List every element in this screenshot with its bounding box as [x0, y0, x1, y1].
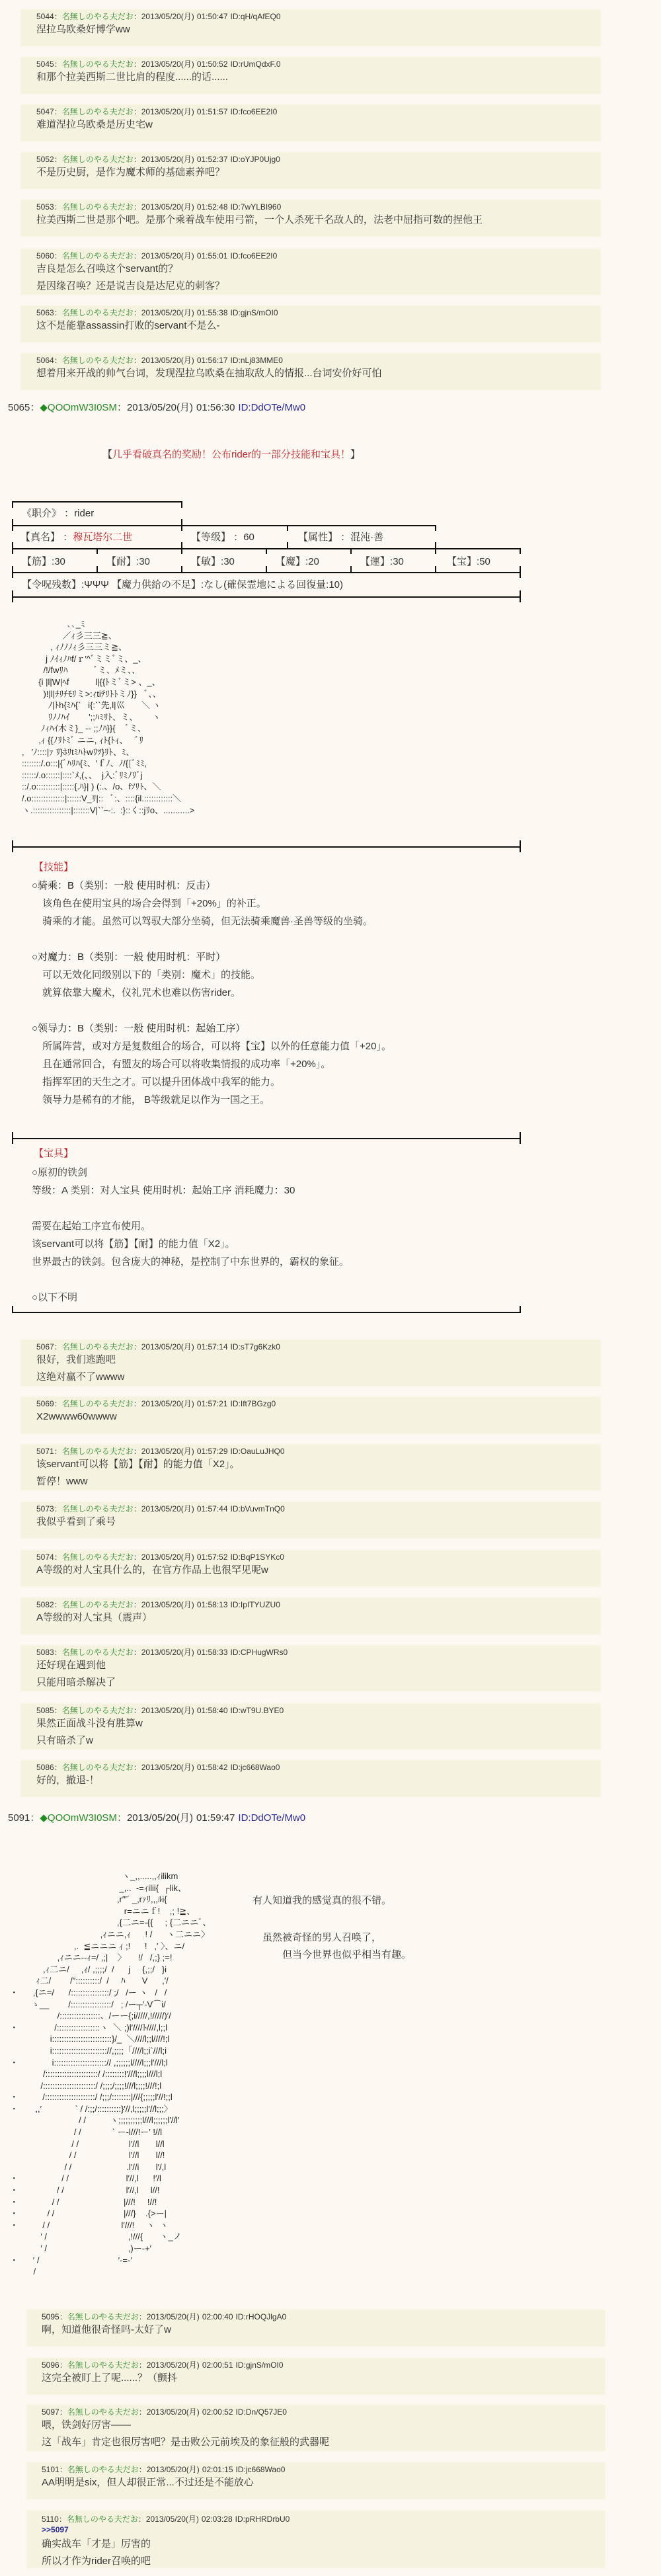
post-date: 2013/05/20(月): [141, 1504, 194, 1513]
post-date: 2013/05/20(月): [146, 2515, 199, 2524]
post-time: 01:56:17: [197, 356, 228, 365]
table-tick: [181, 501, 182, 508]
post-number[interactable]: 5073: [36, 1504, 54, 1513]
post-number[interactable]: 5091: [8, 1812, 30, 1824]
separator: ：: [61, 508, 74, 519]
post-number[interactable]: 5101: [42, 2465, 59, 2474]
poster-name: 名無しのやる夫だお: [62, 1763, 134, 1772]
noble-phantasm-line: 该servant可以将【筋】【耐】的能力值「X2」。: [32, 1235, 349, 1253]
post-line: 很好，我们逃跑吧: [36, 1351, 600, 1369]
separator: ：: [338, 532, 350, 543]
poster-name: 名無しのやる夫だお: [62, 202, 134, 212]
separator: ：: [54, 1706, 62, 1715]
poster-id: ID:DdOTe/Mw0: [238, 1812, 305, 1824]
post-header: 5064：名無しのやる夫だお：2013/05/20(月)01:56:17ID:n…: [36, 356, 600, 365]
rule-tick: [520, 1132, 521, 1144]
separator: ：: [60, 532, 73, 543]
post-time: 01:57:52: [197, 1552, 228, 1562]
status-level: 【等级】 ：60: [191, 531, 254, 544]
separator: ：: [54, 155, 62, 164]
post-header: 5095：名無しのやる夫だお：2013/05/20(月)02:00:40ID:r…: [42, 2312, 605, 2321]
table-tick: [520, 590, 521, 602]
post-number[interactable]: 5044: [36, 12, 54, 21]
poster-name: 名無しのやる夫だお: [62, 107, 134, 116]
rule-tick: [520, 1306, 521, 1313]
separator: ：: [134, 1763, 141, 1772]
table-tick: [287, 525, 288, 531]
true-name-value: 穆瓦塔尔二世: [73, 532, 132, 543]
post-line: 想着用来开战的帅气台词，发现涅拉乌欧桑在抽取敌人的情报...台词安价好可怕: [36, 365, 600, 382]
post-number[interactable]: 5053: [36, 202, 54, 212]
author-trip: ◆QOOmW3I0SM: [40, 402, 117, 413]
post-line: 好的，撤退-！: [36, 1772, 600, 1789]
post: 5074：名無しのやる夫だお：2013/05/20(月)01:57:52ID:B…: [21, 1550, 600, 1586]
poster-id: ID:nLj83MME0: [231, 356, 283, 365]
poster-name: 名無しのやる夫だお: [62, 251, 134, 261]
post: 5069：名無しのやる夫だお：2013/05/20(月)01:57:21ID:I…: [21, 1397, 600, 1433]
post-line: 难道涅拉乌欧桑是历史宅w: [36, 116, 600, 134]
post-line: 我似乎看到了乘号: [36, 1513, 600, 1531]
separator: ：: [134, 356, 141, 365]
separator: ：: [54, 60, 62, 69]
mana-shortage-label: 【魔力供給の不足】: [112, 579, 201, 590]
table-tick: [520, 566, 521, 578]
separator: ：: [54, 251, 62, 261]
post-header: 5053：名無しのやる夫だお：2013/05/20(月)01:52:48ID:7…: [36, 202, 600, 212]
poster-id: ID:7wYLBI960: [231, 202, 282, 212]
separator: ：: [134, 308, 141, 317]
command-spells-value: ΨΨΨ: [84, 579, 109, 590]
rule-tick: [12, 1306, 13, 1313]
skills-heading: 【技能】: [34, 861, 73, 874]
post-time: 01:56:30: [196, 402, 235, 413]
post-time: 02:00:51: [202, 2360, 233, 2370]
ascii-art-rider-chariot: ヽ_,,.....,,ｨilikm _,.. -=ｨilii{ ┌lik、 ,r…: [12, 1871, 212, 2278]
post-date: 2013/05/20(月): [141, 12, 194, 21]
skill-description: 该角色在使用宝具的场合会得到「+20%」的补正。: [32, 895, 391, 912]
separator: ：: [59, 2515, 67, 2524]
stat-value: 30: [54, 556, 65, 567]
stat-mana: 【魔】:20: [276, 555, 319, 569]
stat-strength: 【筋】:30: [22, 555, 65, 569]
noble-phantasm-block: ○原初的铁剑 等级：A 类别：对人宝具 使用时机：起始工序 消耗魔力：30 需要…: [32, 1164, 349, 1307]
separator: ：: [59, 2312, 67, 2321]
stat-luck: 【運】:30: [360, 555, 404, 569]
status-alignment: 【属性】 ：混沌·善: [298, 531, 383, 544]
separator: ：: [54, 356, 62, 365]
separator: ：: [54, 1648, 62, 1657]
stat-label: 【耐】: [106, 556, 136, 567]
poster-id: ID:oYJP0Ujg0: [231, 155, 280, 164]
separator: ：: [134, 107, 141, 116]
table-tick: [350, 566, 352, 572]
table-tick: [181, 519, 182, 531]
separator: ：: [134, 202, 141, 212]
post-number[interactable]: 5096: [42, 2360, 59, 2370]
post-number[interactable]: 5047: [36, 107, 54, 116]
poster-id: ID:wT9U.BYE0: [231, 1706, 284, 1715]
post-date: 2013/05/20(月): [141, 202, 194, 212]
skill-description: 就算依靠大魔术，仪礼咒术也难以伤害rider。: [32, 984, 391, 1002]
post-line: 这「战车」肯定也很厉害吧？是击败公元前埃及的象征般的武器呢: [42, 2434, 605, 2451]
post-line: 这不是能靠assassin打败的servant不是么-: [36, 317, 600, 335]
stat-value: 30: [223, 556, 235, 567]
post-date: 2013/05/20(月): [141, 251, 194, 261]
post-number[interactable]: 5065: [8, 402, 30, 413]
post-line: 只有暗杀了w: [36, 1732, 600, 1750]
op-post-header: 5065：◆QOOmW3I0SM：2013/05/20(月)01:56:30ID…: [8, 402, 305, 414]
post-date: 2013/05/20(月): [141, 1342, 194, 1351]
stat-value: 30: [393, 556, 404, 567]
post-header: 5052：名無しのやる夫だお：2013/05/20(月)01:52:37ID:o…: [36, 155, 600, 164]
monologue-line: 但当今世界也似乎相当有趣。: [282, 1949, 411, 1962]
bracket-open: 【: [102, 449, 112, 460]
post-number[interactable]: 5045: [36, 60, 54, 69]
spacer: [32, 1002, 391, 1020]
post-line: 只能用暗杀解决了: [36, 1674, 600, 1691]
class-value: rider: [74, 508, 94, 519]
post-line: 涅拉乌欧桑好博学ww: [36, 21, 600, 38]
op-post-header: 5091：◆QOOmW3I0SM：2013/05/20(月)01:59:47ID…: [8, 1812, 305, 1824]
bracket-close: 】: [350, 449, 360, 460]
poster-name: 名無しのやる夫だお: [62, 1447, 134, 1456]
separator: ：: [139, 2465, 147, 2474]
post-number[interactable]: 5086: [36, 1763, 54, 1772]
level-value: 60: [243, 532, 254, 543]
separator: ：: [134, 1504, 141, 1513]
post-number[interactable]: 5069: [36, 1399, 54, 1408]
post-time: 01:59:47: [196, 1812, 235, 1824]
post-header: 5085：名無しのやる夫だお：2013/05/20(月)01:58:40ID:w…: [36, 1706, 600, 1715]
skill-title: ○骑乘：B（类别：一般 使用时机：反击）: [32, 877, 391, 895]
table-tick: [12, 542, 13, 554]
post: 5083：名無しのやる夫だお：2013/05/20(月)01:58:33ID:C…: [21, 1646, 600, 1691]
table-rule: [12, 501, 182, 503]
skill-description: 且在通常回合，有盟友的场合可以将收集情报的成功率「+20%」。: [32, 1055, 391, 1073]
spacer: [32, 1199, 349, 1217]
poster-name: 名無しのやる夫だお: [67, 2515, 138, 2524]
post-header: 5096：名無しのやる夫だお：2013/05/20(月)02:00:51ID:g…: [42, 2360, 605, 2370]
separator: ：: [54, 107, 62, 116]
stat-label: 【魔】: [276, 556, 305, 567]
section-rule: [12, 1138, 521, 1139]
post-line: 暂停！www: [36, 1473, 600, 1490]
post-number[interactable]: 5097: [42, 2407, 59, 2417]
post-header: 5101：名無しのやる夫だお：2013/05/20(月)02:01:15ID:j…: [42, 2465, 605, 2474]
poster-name: 名無しのやる夫だお: [62, 308, 134, 317]
post: 5067：名無しのやる夫だお：2013/05/20(月)01:57:14ID:s…: [21, 1340, 600, 1386]
separator: ：: [139, 2312, 147, 2321]
stat-noble-phantasm: 【宝】:50: [447, 555, 490, 569]
poster-id: ID:CPHugWRs0: [231, 1648, 288, 1657]
post: 5096：名無しのやる夫だお：2013/05/20(月)02:00:51ID:g…: [27, 2358, 605, 2394]
poster-id: ID:Ift7BGzg0: [231, 1399, 276, 1408]
table-tick: [97, 548, 98, 554]
separator: ：: [134, 1706, 141, 1715]
rule-tick: [12, 840, 13, 852]
table-tick: [12, 590, 13, 602]
post-header: 5097：名無しのやる夫だお：2013/05/20(月)02:00:52ID:D…: [42, 2407, 605, 2417]
post-line: 和那个拉美西斯二世比肩的程度......的话......: [36, 69, 600, 86]
post: 5082：名無しのやる夫だお：2013/05/20(月)01:58:13ID:I…: [21, 1598, 600, 1634]
post-number[interactable]: 5060: [36, 251, 54, 261]
post-time: 01:55:01: [197, 251, 228, 261]
post-time: 02:01:15: [202, 2465, 233, 2474]
post-line: 确实战车「才是」厉害的: [42, 2536, 605, 2553]
post-time: 01:57:21: [197, 1399, 228, 1408]
noble-phantasm-heading: 【宝具】: [34, 1147, 73, 1160]
post-date: 2013/05/20(月): [141, 308, 194, 317]
post-time: 02:03:28: [202, 2515, 233, 2524]
separator: ：: [30, 1812, 40, 1824]
post-time: 01:55:38: [197, 308, 228, 317]
post-date: 2013/05/20(月): [141, 1706, 194, 1715]
post-date: 2013/05/20(月): [141, 1763, 194, 1772]
post-header: 5045：名無しのやる夫だお：2013/05/20(月)01:50:52ID:r…: [36, 60, 600, 69]
poster-id: ID:jc668Wao0: [236, 2465, 286, 2474]
post-header: 5047：名無しのやる夫だお：2013/05/20(月)01:51:57ID:f…: [36, 107, 600, 116]
poster-id: ID:pRHRDrbU0: [235, 2515, 290, 2524]
author-trip: ◆QOOmW3I0SM: [40, 1812, 117, 1824]
separator: ：: [59, 2465, 67, 2474]
post-date: 2013/05/20(月): [127, 1812, 193, 1824]
separator: ：: [54, 202, 62, 212]
post-line: AA明明是six，但人却很正常...不过还是不能放心: [42, 2474, 605, 2491]
post: 5101：名無しのやる夫だお：2013/05/20(月)02:01:15ID:j…: [27, 2463, 605, 2499]
post-date: 2013/05/20(月): [141, 1552, 194, 1562]
post: 5071：名無しのやる夫だお：2013/05/20(月)01:57:29ID:O…: [21, 1445, 600, 1490]
post-line: A等级的对人宝具什么的，在官方作品上也很罕见呢w: [36, 1562, 600, 1579]
table-tick: [435, 542, 436, 554]
post-time: 01:57:29: [197, 1447, 228, 1456]
table-tick: [12, 501, 13, 508]
post-header: 5067：名無しのやる夫だお：2013/05/20(月)01:57:14ID:s…: [36, 1342, 600, 1351]
post-number[interactable]: 5074: [36, 1552, 54, 1562]
poster-id: ID:gjnS/mOI0: [236, 2360, 284, 2370]
poster-id: ID:gjnS/mOI0: [231, 308, 278, 317]
post-date: 2013/05/20(月): [147, 2360, 200, 2370]
table-tick: [266, 566, 267, 572]
post: 5085：名無しのやる夫だお：2013/05/20(月)01:58:40ID:w…: [21, 1704, 600, 1749]
post-number[interactable]: 5064: [36, 356, 54, 365]
post-time: 01:50:52: [197, 60, 228, 69]
stat-value: 30: [139, 556, 150, 567]
post-number[interactable]: 5067: [36, 1342, 54, 1351]
poster-id: ID:OauLuJHQ0: [231, 1447, 285, 1456]
table-tick: [12, 566, 13, 578]
post-date: 2013/05/20(月): [147, 2465, 200, 2474]
reply-anchor-link[interactable]: >>5097: [42, 2524, 605, 2536]
skill-title: ○对魔力：B（类别：一般 使用时机：平时）: [32, 948, 391, 966]
post-number[interactable]: 5110: [42, 2515, 59, 2524]
post-line: 吉良是怎么召唤这个servant的？: [36, 261, 600, 278]
poster-id: ID:rUmQdxF.0: [231, 60, 281, 69]
mana-shortage-value: なし(確保霊地による回復量:10): [204, 579, 343, 590]
post: 5052：名無しのやる夫だお：2013/05/20(月)01:52:37ID:o…: [21, 153, 600, 188]
separator: ：: [134, 12, 141, 21]
poster-id: ID:DdOTe/Mw0: [238, 402, 305, 413]
separator: ：: [139, 2360, 147, 2370]
post: 5060：名無しのやる夫だお：2013/05/20(月)01:55:01ID:f…: [21, 249, 600, 294]
class-label: 《职介》: [22, 508, 61, 519]
alignment-label: 【属性】: [298, 532, 338, 543]
post-date: 2013/05/20(月): [127, 402, 193, 413]
stat-label: 【運】: [360, 556, 390, 567]
post-number[interactable]: 5085: [36, 1706, 54, 1715]
post-date: 2013/05/20(月): [141, 1600, 194, 1609]
poster-id: ID:IpITYUZU0: [231, 1600, 280, 1609]
poster-id: ID:sT7g6Kzk0: [231, 1342, 280, 1351]
level-label: 【等级】: [191, 532, 231, 543]
monologue-line: 有人知道我的感觉真的很不错。: [253, 1894, 391, 1908]
post: 5110：名無しのやる夫だお：2013/05/20(月)02:03:28ID:p…: [27, 2511, 605, 2567]
post-date: 2013/05/20(月): [141, 60, 194, 69]
post-line: 所以才作为rider召唤的吧: [42, 2553, 605, 2570]
post-time: 02:00:40: [202, 2312, 233, 2321]
post-line: 该servant可以将【筋】【耐】的能力值「X2」。: [36, 1456, 600, 1473]
command-spells-label: 【令呪残数】: [22, 579, 81, 590]
thread-page: 5044：名無しのやる夫だお：2013/05/20(月)01:50:47ID:q…: [0, 0, 661, 2576]
noble-phantasm-line: 需要在起始工序宣布使用。: [32, 1217, 349, 1235]
post-date: 2013/05/20(月): [141, 107, 194, 116]
separator: ：: [30, 402, 40, 413]
poster-id: ID:qH/qAfEQ0: [231, 12, 281, 21]
skill-description: 指挥军团的天生之才。可以提升团体战中我军的能力。: [32, 1073, 391, 1091]
post-time: 01:57:14: [197, 1342, 228, 1351]
table-tick: [12, 519, 13, 531]
table-tick: [287, 542, 288, 548]
post: 5095：名無しのやる夫だお：2013/05/20(月)02:00:40ID:r…: [27, 2310, 605, 2346]
post-time: 01:51:57: [197, 107, 228, 116]
monologue-line: 虽然被奇怪的男人召唤了，: [262, 1931, 381, 1945]
poster-id: ID:bVuvmTnQ0: [231, 1504, 285, 1513]
post: 5053：名無しのやる夫だお：2013/05/20(月)01:52:48ID:7…: [21, 200, 600, 236]
post-time: 01:58:13: [197, 1600, 228, 1609]
poster-id: ID:BqP1SYKc0: [231, 1552, 284, 1562]
separator: ：: [134, 1600, 141, 1609]
post-line: X2wwww60wwww: [36, 1408, 600, 1426]
poster-name: 名無しのやる夫だお: [67, 2465, 139, 2474]
post-line: 果然正面战斗没有胜算w: [36, 1715, 600, 1732]
post-header: 5083：名無しのやる夫だお：2013/05/20(月)01:58:33ID:C…: [36, 1648, 600, 1657]
stat-label: 【敏】: [191, 556, 221, 567]
post-header: 5086：名無しのやる夫だお：2013/05/20(月)01:58:42ID:j…: [36, 1763, 600, 1772]
post: 5047：名無しのやる夫だお：2013/05/20(月)01:51:57ID:f…: [21, 105, 600, 141]
post-number[interactable]: 5052: [36, 155, 54, 164]
post-number[interactable]: 5082: [36, 1600, 54, 1609]
post-header: 5069：名無しのやる夫だお：2013/05/20(月)01:57:21ID:I…: [36, 1399, 600, 1408]
status-resources: 【令呪残数】:ΨΨΨ 【魔力供給の不足】:なし(確保霊地による回復量:10): [22, 579, 343, 592]
poster-name: 名無しのやる夫だお: [62, 1399, 134, 1408]
separator: ：: [134, 155, 141, 164]
post: 5044：名無しのやる夫だお：2013/05/20(月)01:50:47ID:q…: [21, 10, 600, 46]
alignment-value: 混沌·善: [350, 532, 383, 543]
rule-tick: [520, 840, 521, 852]
separator: ：: [134, 60, 141, 69]
separator: ：: [59, 2407, 67, 2417]
separator: ：: [54, 1399, 62, 1408]
separator: ：: [54, 1552, 62, 1562]
poster-name: 名無しのやる夫だお: [67, 2407, 139, 2417]
skill-description: 所属阵营，或对方是复数组合的场合，可以将【宝】以外的任意能力值「+20」。: [32, 1037, 391, 1055]
post-time: 01:58:33: [197, 1648, 228, 1657]
post-header: 5071：名無しのやる夫だお：2013/05/20(月)01:57:29ID:O…: [36, 1447, 600, 1456]
poster-name: 名無しのやる夫だお: [62, 1552, 134, 1562]
post-header: 5110：名無しのやる夫だお：2013/05/20(月)02:03:28ID:p…: [42, 2515, 605, 2524]
post-number[interactable]: 5063: [36, 308, 54, 317]
poster-id: ID:rHOQJlgA0: [236, 2312, 287, 2321]
table-tick: [181, 542, 182, 554]
post-header: 5082：名無しのやる夫だお：2013/05/20(月)01:58:13ID:I…: [36, 1600, 600, 1609]
separator: ：: [54, 12, 62, 21]
post-line: 这完全被盯上了呢......？（颤抖: [42, 2370, 605, 2387]
table-tick: [435, 525, 436, 531]
table-tick: [181, 566, 182, 572]
post: 5063：名無しのやる夫だお：2013/05/20(月)01:55:38ID:g…: [21, 306, 600, 342]
poster-name: 名無しのやる夫だお: [62, 155, 134, 164]
reward-title-text: 几乎看破真名的奖励！公布rider的一部分技能和宝具！: [112, 449, 350, 460]
post: 5097：名無しのやる夫だお：2013/05/20(月)02:00:52ID:D…: [27, 2405, 605, 2450]
stat-label: 【筋】: [22, 556, 52, 567]
rule-tick: [12, 1132, 13, 1144]
separator: ：: [117, 402, 127, 413]
table-tick: [97, 566, 98, 572]
separator: ：: [134, 1648, 141, 1657]
separator: ：: [54, 1763, 62, 1772]
poster-id: ID:fco6EE2I0: [231, 251, 278, 261]
post-number[interactable]: 5095: [42, 2312, 59, 2321]
post-header: 5044：名無しのやる夫だお：2013/05/20(月)01:50:47ID:q…: [36, 12, 600, 21]
post-line: 喂，铁剑好厉害——: [42, 2417, 605, 2434]
post-header: 5060：名無しのやる夫だお：2013/05/20(月)01:55:01ID:f…: [36, 251, 600, 261]
poster-name: 名無しのやる夫だお: [62, 12, 134, 21]
poster-name: 名無しのやる夫だお: [62, 1342, 134, 1351]
post-time: 01:58:40: [197, 1706, 228, 1715]
skills-list: ○骑乘：B（类别：一般 使用时机：反击） 该角色在使用宝具的场合会得到「+20%…: [32, 877, 391, 1109]
separator: ：: [134, 1552, 141, 1562]
stat-value: 50: [479, 556, 490, 567]
table-tick: [266, 548, 267, 554]
post-header: 5063：名無しのやる夫だお：2013/05/20(月)01:55:38ID:g…: [36, 308, 600, 317]
post-date: 2013/05/20(月): [147, 2312, 200, 2321]
skill-title: ○领导力：B（类别：一般 使用时机：起始工序）: [32, 1020, 391, 1037]
section-rule: [12, 1312, 521, 1313]
post: 5064：名無しのやる夫だお：2013/05/20(月)01:56:17ID:n…: [21, 354, 600, 389]
separator: ：: [231, 532, 243, 543]
post-header: 5073：名無しのやる夫だお：2013/05/20(月)01:57:44ID:b…: [36, 1504, 600, 1513]
stat-value: 20: [308, 556, 319, 567]
post-date: 2013/05/20(月): [141, 356, 194, 365]
post-date: 2013/05/20(月): [141, 155, 194, 164]
post-line: 还好现在遇到他: [36, 1657, 600, 1674]
separator: ：: [139, 2407, 147, 2417]
post-date: 2013/05/20(月): [141, 1447, 194, 1456]
post-time: 01:57:44: [197, 1504, 228, 1513]
poster-name: 名無しのやる夫だお: [62, 1706, 134, 1715]
separator: ：: [54, 1600, 62, 1609]
post-number[interactable]: 5071: [36, 1447, 54, 1456]
post-number[interactable]: 5083: [36, 1648, 54, 1657]
noble-phantasm-specs: 等级：A 类别：对人宝具 使用时机：起始工序 消耗魔力：30: [32, 1182, 349, 1199]
spacer: [32, 1271, 349, 1289]
post-line: 拉美西斯二世是那个吧。是那个乘着战车使用弓箭，一个人杀死千名敌人的，法老中屈指可…: [36, 212, 600, 229]
separator: ：: [54, 1342, 62, 1351]
ascii-art-rider: ､､_ﾐ ／ｨ彡三三≧、 , ｨﾉﾉﾉｨ彡三三ミ≧、 j ﾉｲｨﾉﾊf/ｒ′^ﾞ…: [22, 618, 194, 816]
table-tick: [520, 548, 521, 554]
separator: ：: [134, 251, 141, 261]
noble-phantasm-footer: ○以下不明: [32, 1289, 349, 1307]
post-time: 02:00:52: [202, 2407, 233, 2417]
